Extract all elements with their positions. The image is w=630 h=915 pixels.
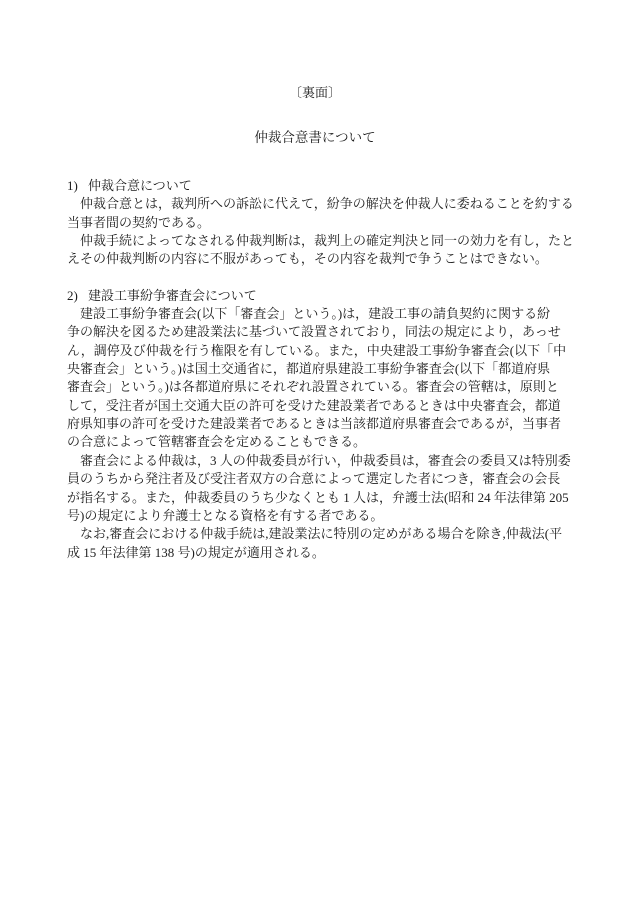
body-line: 仲裁手続によってなされる仲裁判断は，裁判上の確定判決と同一の効力を有し，たと [67,232,573,250]
body-line: 審査会による仲裁は，3 人の仲裁委員が行い，仲裁委員は，審査会の委員又は特別委 [67,452,573,470]
section-heading-text: 建設工事紛争審査会について [88,288,257,303]
body-line: の合意によって管轄審査会を定めることもできる。 [67,433,573,451]
page-side-label: 〔裏面〕 [0,84,630,102]
section-heading-text: 仲裁合意について [88,178,192,193]
body-line: 員のうちから発注者及び受注者双方の合意によって選定した者につき，審査会の会長 [67,470,573,488]
body-line: して，受注者が国土交通大臣の許可を受けた建設業者であるときは中央審査会，都道 [67,397,573,415]
body-line: 建設工事紛争審査会(以下「審査会」という。)は，建設工事の請負契約に関する紛 [67,305,573,323]
section-dispute-review-board: 2)建設工事紛争審査会について 建設工事紛争審査会(以下「審査会」という。)は，… [67,287,573,562]
body-line: 号)の規定により弁護士となる資格を有する者である。 [67,507,573,525]
section-heading: 2)建設工事紛争審査会について [67,287,573,305]
section-number: 2) [67,287,88,305]
body-line: が指名する。また，仲裁委員のうち少なくとも 1 人は，弁護士法(昭和 24 年法… [67,489,573,507]
body-line: 成 15 年法律第 138 号)の規定が適用される。 [67,544,573,562]
document-page: 〔裏面〕 仲裁合意書について 1)仲裁合意について 仲裁合意とは，裁判所への訴訟… [0,0,630,915]
body-line: 当事者間の契約である。 [67,214,573,232]
body-line: 仲裁合意とは，裁判所への訴訟に代えて，紛争の解決を仲裁人に委ねることを約する [67,195,573,213]
section-arbitration-agreement: 1)仲裁合意について 仲裁合意とは，裁判所への訴訟に代えて，紛争の解決を仲裁人に… [67,177,573,269]
section-heading: 1)仲裁合意について [67,177,573,195]
body-line: 審査会」という。)は各都道府県にそれぞれ設置されている。審査会の管轄は，原則と [67,378,573,396]
body-line: 府県知事の許可を受けた建設業者であるときは当該都道府県審査会であるが，当事者 [67,415,573,433]
body-line: 争の解決を図るため建設業法に基づいて設置されており，同法の規定により，あっせ [67,323,573,341]
document-title: 仲裁合意書について [0,129,630,147]
body-line: えその仲裁判断の内容に不服があっても，その内容を裁判で争うことはできない。 [67,250,573,268]
section-number: 1) [67,177,88,195]
body-line: 央審査会」という。)は国土交通省に，都道府県建設工事紛争審査会(以下「都道府県 [67,360,573,378]
body-line: ん，調停及び仲裁を行う権限を有している。また，中央建設工事紛争審査会(以下「中 [67,342,573,360]
body-line: なお,審査会における仲裁手続は,建設業法に特別の定めがある場合を除き,仲裁法(平 [67,525,573,543]
